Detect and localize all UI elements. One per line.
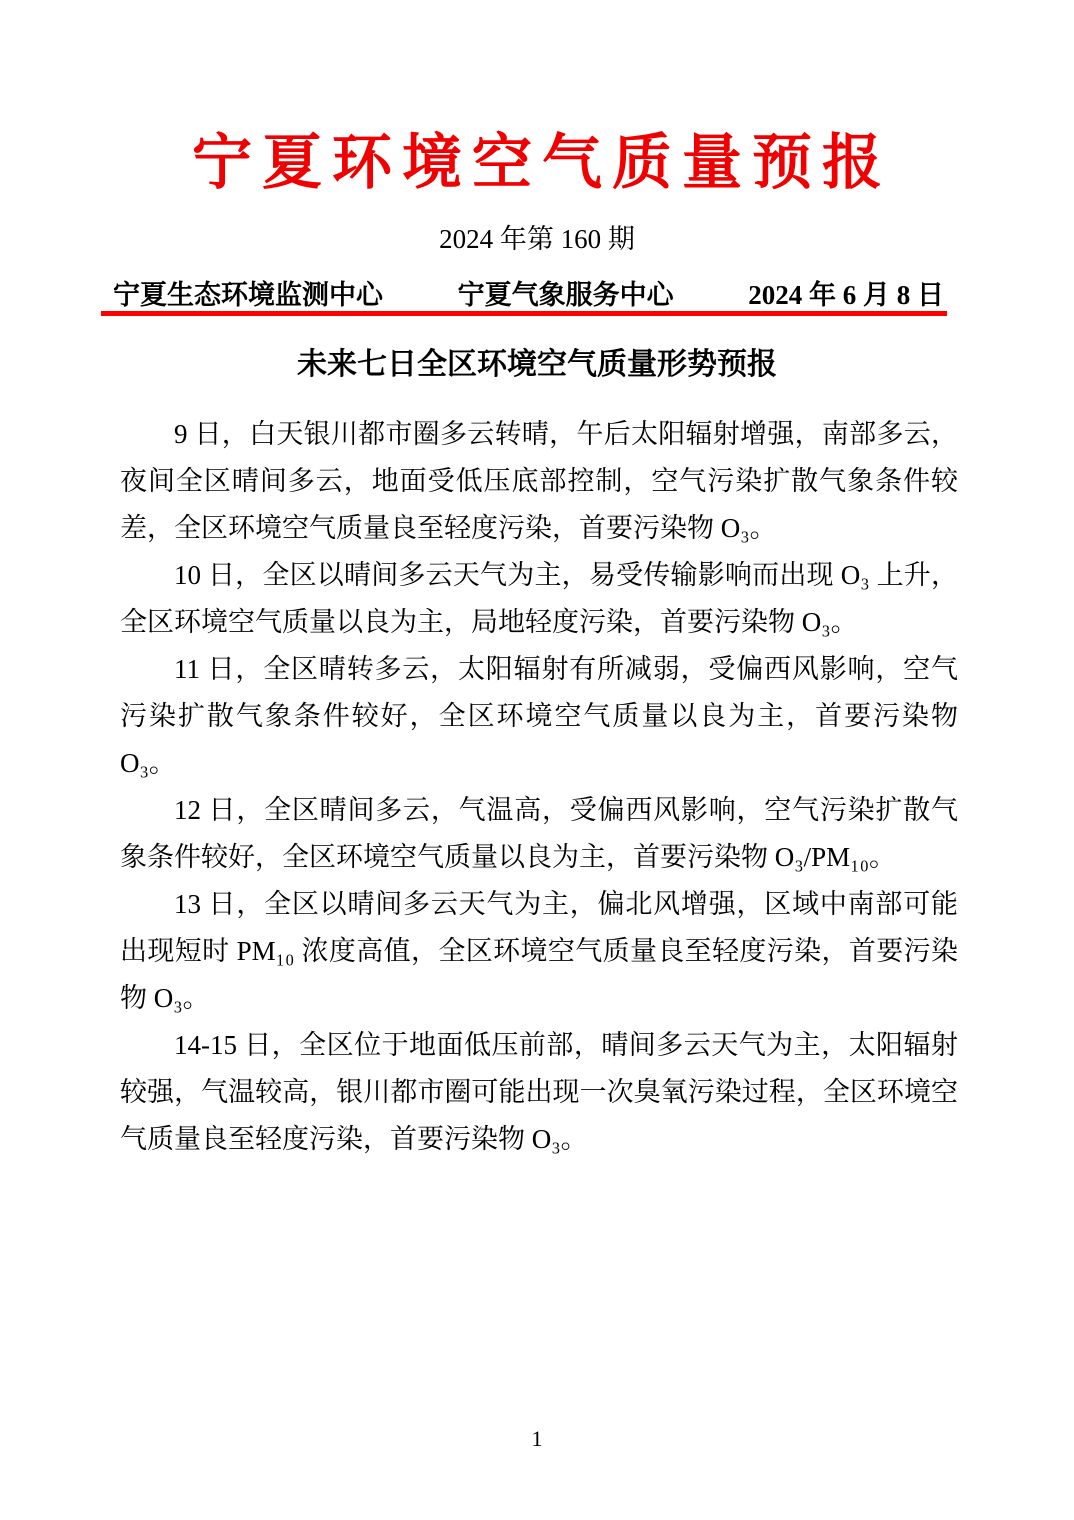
forecast-body: 9 日，白天银川都市圈多云转晴，午后太阳辐射增强，南部多云，夜间全区晴间多云，地… — [120, 411, 958, 1163]
section-title: 未来七日全区环境空气质量形势预报 — [0, 349, 1074, 381]
forecast-paragraph-day10: 10 日，全区以晴间多云天气为主，易受传输影响而出现 O₃ 上升，全区环境空气质… — [120, 552, 958, 646]
forecast-paragraph-day14-15: 14-15 日，全区位于地面低压前部，晴间多云天气为主，太阳辐射较强，气温较高，… — [120, 1022, 958, 1163]
forecast-paragraph-day9: 9 日，白天银川都市圈多云转晴，午后太阳辐射增强，南部多云，夜间全区晴间多云，地… — [120, 411, 958, 552]
issue-number: 2024 年第 160 期 — [0, 224, 1074, 254]
masthead: 宁夏生态环境监测中心 宁夏气象服务中心 2024 年 6 月 8 日 — [113, 280, 944, 310]
document-page: 宁夏环境空气质量预报 2024 年第 160 期 宁夏生态环境监测中心 宁夏气象… — [0, 0, 1074, 1520]
masthead-date: 2024 年 6 月 8 日 — [748, 280, 944, 310]
forecast-paragraph-day13: 13 日，全区以晴间多云天气为主，偏北风增强，区域中南部可能出现短时 PM₁₀ … — [120, 881, 958, 1022]
page-title: 宁夏环境空气质量预报 — [0, 130, 1074, 196]
red-rule-divider — [101, 311, 947, 316]
forecast-paragraph-day11: 11 日，全区晴转多云，太阳辐射有所减弱，受偏西风影响，空气污染扩散气象条件较好… — [120, 646, 958, 787]
masthead-agency-center: 宁夏气象服务中心 — [458, 280, 674, 310]
masthead-agency-left: 宁夏生态环境监测中心 — [113, 280, 383, 310]
forecast-paragraph-day12: 12 日，全区晴间多云，气温高，受偏西风影响，空气污染扩散气象条件较好，全区环境… — [120, 787, 958, 881]
page-number: 1 — [0, 1426, 1074, 1452]
